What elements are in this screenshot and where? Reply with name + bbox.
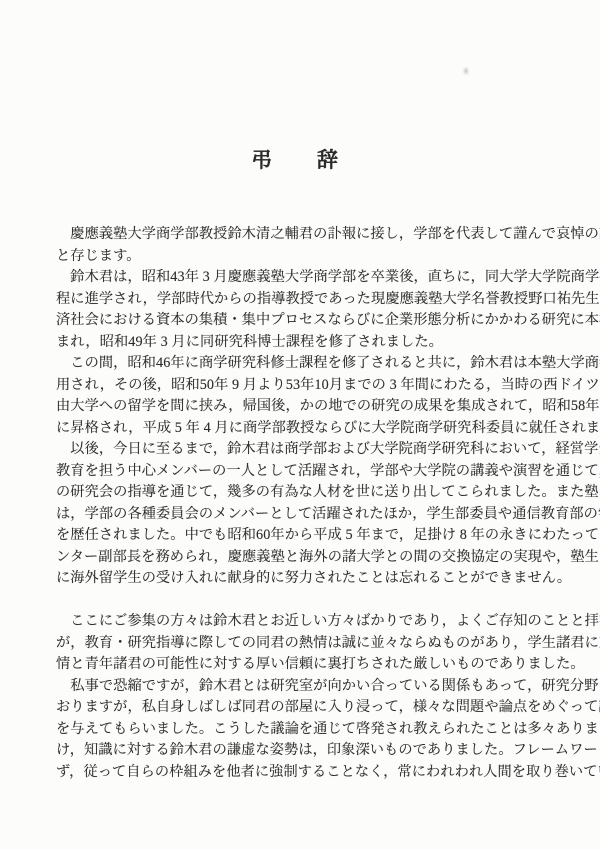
text-line: 教育を担う中心メンバーの一人として活躍され，学部や大学院の講義や演習を通じて，ま… [56,461,558,483]
text-line: この間，昭和46年に商学研究科修士課程を修了されると共に，鈴木君は本塾大学商学部… [56,353,558,375]
text-line: 鈴木君は，昭和43年 3 月慶應義塾大学商学部を卒業後，直ちに，同大学大学院商学… [56,267,558,289]
document-title: 弔 辞 [0,144,590,174]
text-line: おりますが，私自身しばしば同君の部屋に入り浸って，様々な問題や論点をめぐって議論… [56,697,558,719]
paragraph: 慶應義塾大学商学部教授鈴木清之輔君の訃報に接し，学部を代表して謹んで哀悼の誠を捧… [56,224,558,267]
paragraph: 以後，今日に至るまで，鈴木君は商学部および大学院商学研究科において，経営学分野の… [56,439,558,590]
text-line: を歴任されました。中でも昭和60年から平成 5 年まで，足掛け 8 年の永きにわ… [56,525,558,547]
paragraph: 私事で恐縮ですが，鈴木君とは研究室が向かい合っている関係もあって，研究分野を異に… [56,676,558,784]
text-line: 私事で恐縮ですが，鈴木君とは研究室が向かい合っている関係もあって，研究分野を異に… [56,676,558,698]
scan-speck [464,68,468,74]
document-page: 弔 辞 慶應義塾大学商学部教授鈴木清之輔君の訃報に接し，学部を代表して謹んで哀悼… [0,0,600,849]
document-body: 慶應義塾大学商学部教授鈴木清之輔君の訃報に接し，学部を代表して謹んで哀悼の誠を捧… [56,224,558,783]
text-line: まれ，昭和49年 3 月に同研究科博士課程を修了されました。 [56,332,558,354]
text-line: に昇格され，平成 5 年 4 月に商学部教授ならびに大学院商学研究科委員に就任さ… [56,418,558,440]
text-line: ンター副部長を務められ，慶應義塾と海外の諸大学との間の交換協定の実現や，塾生の留… [56,547,558,569]
paragraph: ここにご参集の方々は鈴木君とお近しい方々ばかりであり，よくご存知のことと拝察いた… [56,611,558,676]
text-line: 済社会における資本の集積・集中プロセスならびに企業形態分析にかかわる研究に本格的… [56,310,558,332]
text-line: け，知識に対する鈴木君の謙虚な姿勢は，印象深いものでありました。フレームワークに… [56,740,558,762]
text-line: ず，従って自らの枠組みを他者に強制することなく，常にわれわれ人間を取り巻いている… [56,762,558,784]
text-line: は，学部の各種委員会のメンバーとして活躍されたほか，学生部委員や通信教育部の学生… [56,504,558,526]
text-line: 由大学への留学を間に挟み，帰国後，かの地での研究の成果を集成されて，昭和58年 … [56,396,558,418]
paragraph: この間，昭和46年に商学研究科修士課程を修了されると共に，鈴木君は本塾大学商学部… [56,353,558,439]
text-line: と存じます。 [56,246,558,268]
text-line: を与えてもらいました。こうした議論を通じて啓発され教えられたことは多々ありますが… [56,719,558,741]
text-line: 以後，今日に至るまで，鈴木君は商学部および大学院商学研究科において，経営学分野の… [56,439,558,461]
text-line: ここにご参集の方々は鈴木君とお近しい方々ばかりであり，よくご存知のことと拝察いた… [56,611,558,633]
text-line: に海外留学生の受け入れに献身的に努力されたことは忘れることができません。 [56,568,558,590]
paragraph: 鈴木君は，昭和43年 3 月慶應義塾大学商学部を卒業後，直ちに，同大学大学院商学… [56,267,558,353]
text-line: が，教育・研究指導に際しての同君の熱情は誠に並々ならぬものがあり，学生諸君に対す… [56,633,558,655]
text-line: 用され，その後，昭和50年 9 月より53年10月までの 3 年間にわたる，当時… [56,375,558,397]
text-line: の研究会の指導を通じて，幾多の有為な人材を世に送り出してこられました。また塾内に… [56,482,558,504]
text-line: 慶應義塾大学商学部教授鈴木清之輔君の訃報に接し，学部を代表して謹んで哀悼の誠を捧… [56,224,558,246]
text-line: 程に進学され，学部時代からの指導教授であった現慶應義塾大学名誉教授野口祐先生のも… [56,289,558,311]
text-line: 情と青年諸君の可能性に対する厚い信頼に裏打ちされた厳しいものでありました。 [56,654,558,676]
